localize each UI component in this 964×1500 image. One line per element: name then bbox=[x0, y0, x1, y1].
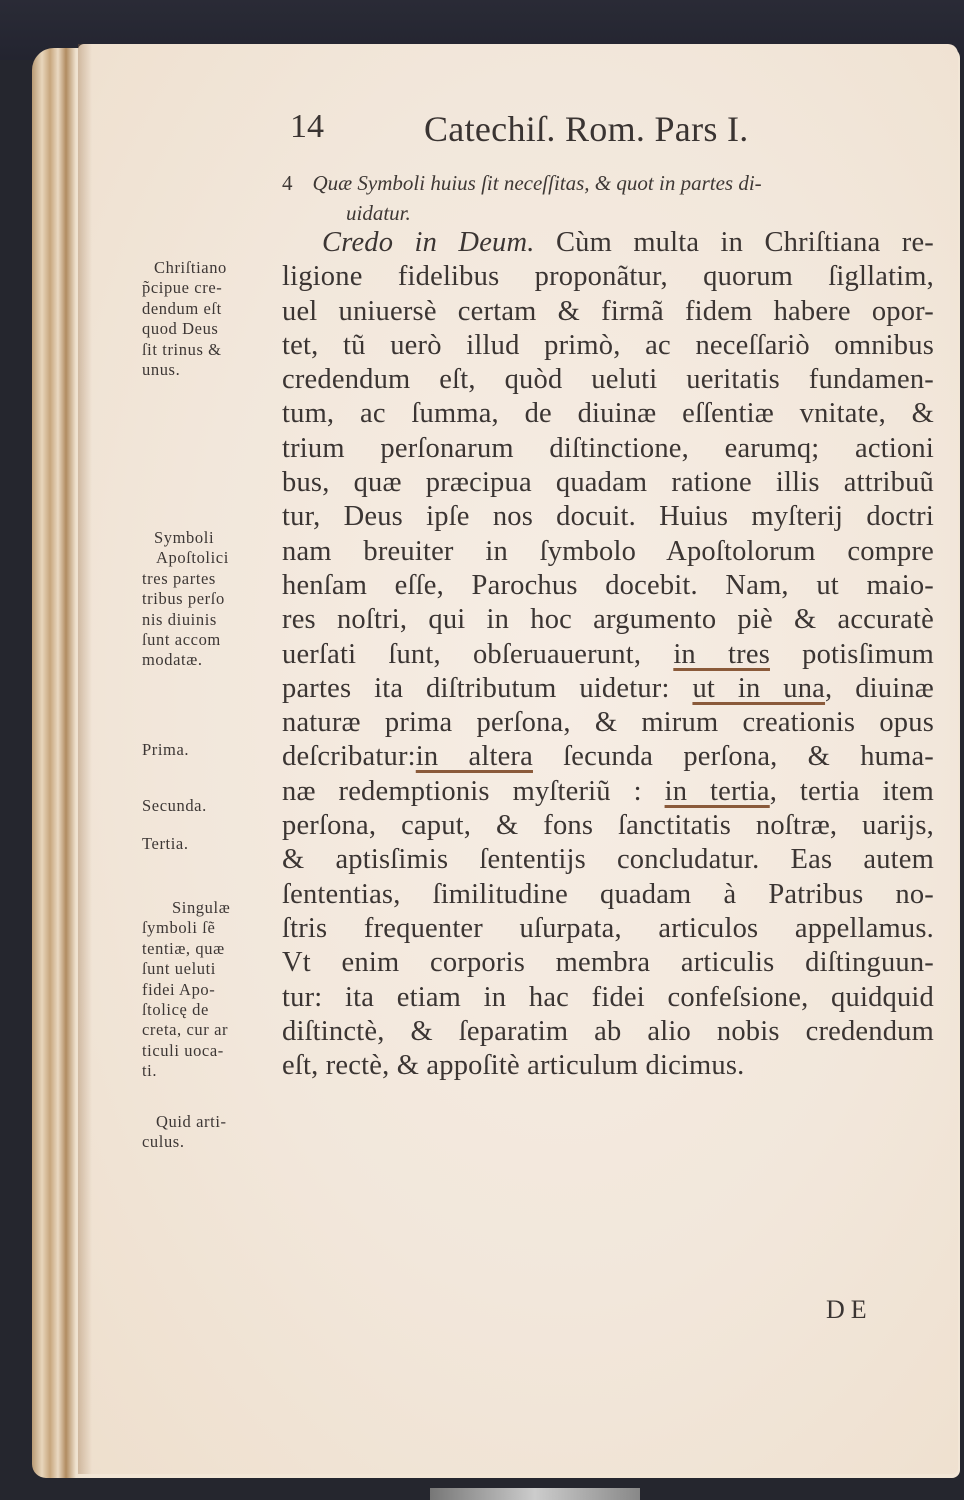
text-line: ſtris frequenter uſurpata, articulos app… bbox=[282, 912, 934, 946]
margin-note-secunda: Secunda. bbox=[142, 796, 278, 816]
margin-note-tertia: Tertia. bbox=[142, 834, 278, 854]
text-line: deſcribatur:in altera ſecunda perſona, &… bbox=[282, 740, 934, 774]
underlined-phrase: ut in una bbox=[692, 673, 825, 704]
underlined-phrase: in tertia bbox=[665, 776, 770, 807]
text-line: eſt, rectè, & appoſitè articulum dicimus… bbox=[282, 1049, 934, 1083]
text-line: & aptisſimis ſententijs concludatur. Eas… bbox=[282, 843, 934, 877]
running-title: Catechiſ. Rom. Pars I. bbox=[424, 108, 749, 150]
underlined-phrase: in altera bbox=[416, 741, 533, 772]
text-line: trium perſonarum diſtinctione, earumq; a… bbox=[282, 432, 934, 466]
main-text-block: Credo in Deum. Cùm multa in Chriſtiana r… bbox=[282, 226, 934, 1083]
text-line: partes ita diſtributum uidetur: ut in un… bbox=[282, 672, 934, 706]
text-line: uel uniuersè certam & firmã fidem habere… bbox=[282, 295, 934, 329]
text-line: nam breuiter in ſymbolo Apoſtolorum comp… bbox=[282, 535, 934, 569]
text-line: henſam eſſe, Parochus docebit. Nam, ut m… bbox=[282, 569, 934, 603]
text-line: tur: ita etiam in hac fidei confeſsione,… bbox=[282, 981, 934, 1015]
text-line: ligione fidelibus proponãtur, quorum ſig… bbox=[282, 260, 934, 294]
text-line: bus, quæ præcipua quadam ratione illis a… bbox=[282, 466, 934, 500]
text-line: ſententias, ſimilitudine quadam à Patrib… bbox=[282, 878, 934, 912]
margin-note-trinity: Chriſtiano p̃cipue cre- dendum eſt quod … bbox=[142, 258, 278, 380]
catchword: DE bbox=[826, 1295, 873, 1325]
text-line: res noſtri, qui in hoc argumento piè & a… bbox=[282, 603, 934, 637]
text-line: credendum eſt, quòd ueluti ueritatis fun… bbox=[282, 363, 934, 397]
text-line: perſona, caput, & fons ſanctitatis noſtr… bbox=[282, 809, 934, 843]
margin-note-three-parts: Symboli Apoſtolici tres partes tribus pe… bbox=[142, 528, 278, 671]
incipit: Credo in Deum. bbox=[322, 227, 535, 258]
margin-note-articles: Singulæ ſymboli ſẽ tentiæ, quæ ſunt uelu… bbox=[142, 898, 278, 1082]
rubric-line-1: Quæ Symboli huius ſit neceſſitas, & quot… bbox=[313, 171, 762, 195]
margin-note-quid-articulus: Quid arti- culus. bbox=[142, 1112, 278, 1153]
rubric-line-2: uidatur. bbox=[282, 198, 942, 228]
text-line: naturæ prima perſona, & mirum creationis… bbox=[282, 706, 934, 740]
text-line: næ redemptionis myſteriũ : in tertia, te… bbox=[282, 775, 934, 809]
margin-note-prima: Prima. bbox=[142, 740, 278, 760]
bookmark-strip bbox=[430, 1488, 640, 1500]
text-line: Vt enim corporis membra articulis diſtin… bbox=[282, 946, 934, 980]
text-line: tum, ac ſumma, de diuinæ eſſentiæ vnitat… bbox=[282, 397, 934, 431]
section-rubric: 4Quæ Symboli huius ſit neceſſitas, & quo… bbox=[282, 168, 942, 228]
text-line: uerſati ſunt, obſeruauerunt, in tres pot… bbox=[282, 638, 934, 672]
text-line: tet, tũ uerò illud primò, ac neceſſariò … bbox=[282, 329, 934, 363]
rubric-number: 4 bbox=[282, 171, 293, 195]
page-number: 14 bbox=[290, 108, 324, 146]
gutter-shadow bbox=[78, 44, 92, 1474]
underlined-phrase: in tres bbox=[673, 639, 770, 670]
text-line: Credo in Deum. Cùm multa in Chriſtiana r… bbox=[282, 226, 934, 260]
text-line: tur, Deus ipſe nos docuit. Huius myſteri… bbox=[282, 500, 934, 534]
text-line: diſtinctè, & ſeparatim ab alio nobis cre… bbox=[282, 1015, 934, 1049]
